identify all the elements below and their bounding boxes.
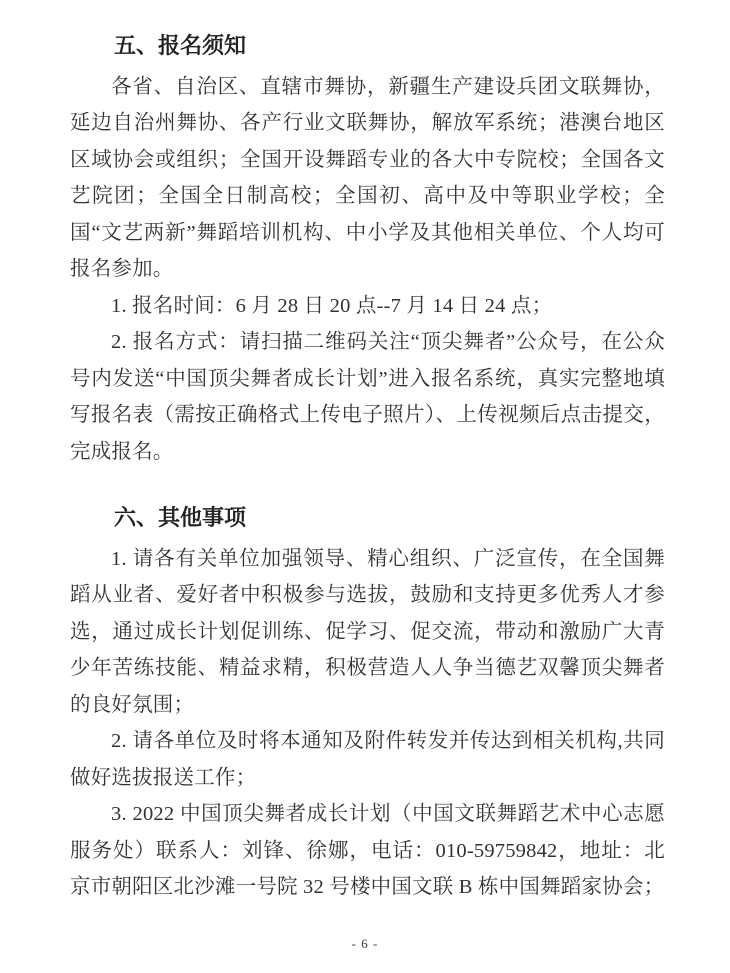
- paragraph-eligible-organizations: 各省、自治区、直辖市舞协，新疆生产建设兵团文联舞协，延边自治州舞协、各产行业文联…: [70, 69, 665, 288]
- section-heading-registration-notes: 五、报名须知: [70, 28, 665, 65]
- section-other-matters: 六、其他事项 1. 请各有关单位加强领导、精心组织、广泛宣传，在全国舞蹈从业者、…: [70, 500, 665, 906]
- document-content: 五、报名须知 各省、自治区、直辖市舞协，新疆生产建设兵团文联舞协，延边自治州舞协…: [0, 0, 730, 906]
- paragraph-registration-method: 2. 报名方式：请扫描二维码关注“顶尖舞者”公众号，在公众号内发送“中国顶尖舞者…: [70, 324, 665, 470]
- page-number: - 6 -: [0, 936, 730, 952]
- paragraph-promotion-request: 1. 请各有关单位加强领导、精心组织、广泛宣传，在全国舞蹈从业者、爱好者中积极参…: [70, 541, 665, 724]
- document-page: 五、报名须知 各省、自治区、直辖市舞协，新疆生产建设兵团文联舞协，延边自治州舞协…: [0, 0, 730, 973]
- paragraph-forward-notice: 2. 请各单位及时将本通知及附件转发并传达到相关机构,共同做好选拔报送工作；: [70, 723, 665, 796]
- section-registration-notes: 五、报名须知 各省、自治区、直辖市舞协，新疆生产建设兵团文联舞协，延边自治州舞协…: [70, 28, 665, 470]
- section-heading-other-matters: 六、其他事项: [70, 500, 665, 537]
- paragraph-registration-time: 1. 报名时间：6 月 28 日 20 点--7 月 14 日 24 点；: [70, 288, 665, 325]
- paragraph-contact-info: 3. 2022 中国顶尖舞者成长计划（中国文联舞蹈艺术中心志愿服务处）联系人：刘…: [70, 796, 665, 906]
